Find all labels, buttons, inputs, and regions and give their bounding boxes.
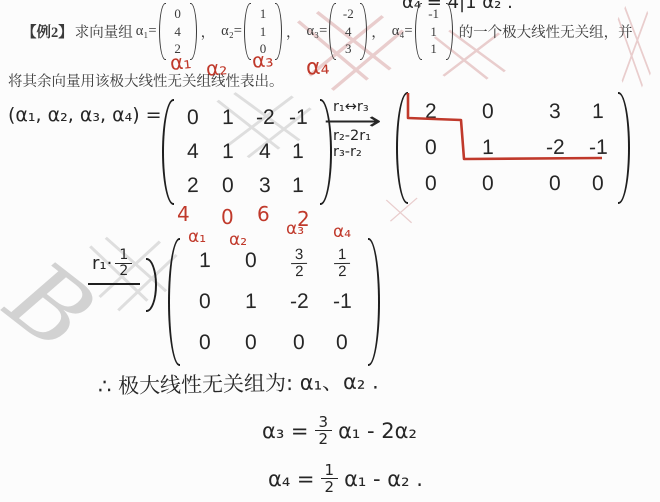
matrix-cell: 0 [293,331,305,355]
matrix-cell: -1 [288,106,307,130]
red-vector-label-2: α₂ [205,55,228,80]
matrix-cell: 1 [482,136,494,160]
matrix-cell: 1 [592,100,604,124]
matrix-cell: 0 [187,106,199,130]
matrix-cell: 3 [549,100,561,124]
matrix-cell: 0 [199,331,211,355]
vector-entry: 1 [425,40,443,58]
row-op-half: r₁· 1 2 [88,246,157,312]
left-paren [329,3,336,60]
vector-entry: 4 [339,23,357,41]
matrix-original: 01-2-141412031 [162,99,332,205]
matrix-row: 01-2-1 [185,282,363,323]
matrix-cell: 32 [290,241,307,281]
comma: ， [286,21,301,42]
red-vector-label-3: α₃ [251,47,274,73]
right-paren [360,3,367,60]
matrix-cell: 4 [187,140,199,164]
matrix-cell: 0 [336,331,348,355]
equation-lhs: α₄ = [268,467,315,491]
problem-intro: 求向量组 [75,21,133,42]
matrix-cell: -2 [255,106,274,130]
matrix-row: 2031 [179,169,315,202]
row-op: r₃-r₂ [333,144,397,160]
matrix-cell: 4 [259,140,271,164]
lecture-notes-page: B 【例2】 求向量组 α₁= 0 4 2 ， α₂= [0,0,660,502]
matrix-cell: 0 [425,172,437,196]
vector-name-2: α₂= [221,23,242,40]
equation-lhs: α₃ = [262,419,309,443]
matrix-reduced: 10321201-2-10000 [168,238,380,366]
right-paren [618,92,630,204]
matrix-cell: 0 [592,172,604,196]
example-tag: 【例2】 [22,21,73,42]
matrix-cell: 1 [292,174,304,198]
matrix-cell: 1 [292,140,304,164]
fraction: 1 2 [115,248,132,279]
matrix-row: 01-2-1 [179,102,315,135]
matrix-cell: -1 [332,290,351,314]
matrix-cell: 1 [245,290,257,314]
comma: ， [201,21,216,42]
equation-rhs: α₁ - 2α₂ [338,419,417,443]
matrix-cell: 3 [259,174,271,198]
red-vector-label-1: α₁ [169,49,193,75]
matrix-row: 0000 [413,166,613,201]
fraction: 3 2 [315,414,333,447]
left-paren [162,99,174,205]
vector-name-4: α₄= [392,23,413,40]
conclusion-line: ∴ 极大线性无关组为: α₁、α₂ . [98,366,379,401]
matrix-row: 2031 [413,95,613,130]
red-column-label-3: α₃ [286,219,304,239]
row-op-half-label: r₁· [92,253,112,274]
comma: ， [371,21,386,42]
left-paren [159,3,166,60]
red-helper-number: 4 [177,202,190,226]
problem-statement-line1: 【例2】 求向量组 α₁= 0 4 2 ， α₂= 1 1 0 ， α₃= [22,3,633,60]
close-paren [146,258,157,312]
vector-name-1: α₁= [136,23,157,40]
row-operations: r₁↔r₃ ⟶ r₂-2r₁ r₃-r₂ [333,99,397,160]
matrix-row: 0000 [185,323,363,364]
equation-alpha3: α₃ = 3 2 α₁ - 2α₂ [262,414,417,447]
red-helper-number: 0 [221,205,234,229]
matrix-echelon: 203101-2-10000 [396,92,630,204]
vector-entry: 1 [254,5,272,23]
matrix-cell: 0 [482,172,494,196]
handwritten-note-top: α₄ = 4|1 α₂ . [402,0,513,13]
matrix-cell: -1 [588,136,607,160]
problem-tail: 的一个极大线性无关组，并 [459,21,633,42]
matrix-cell: 0 [199,290,211,314]
vector-entry: -2 [339,5,357,23]
right-paren [275,3,282,60]
matrix-cell: 0 [245,331,257,355]
right-paren [190,3,197,60]
matrix-cell: 2 [425,100,437,124]
vector-3: -2 4 3 [329,3,367,60]
left-paren [396,92,408,204]
matrix-cell: 0 [245,249,257,273]
matrix-row: 103212 [185,240,363,281]
matrix-cell: 0 [222,174,234,198]
problem-statement-line2: 将其余向量用该极大线性无关组线性表出。 [8,70,284,91]
vector-entry: 1 [254,23,272,41]
equation-rhs: α₁ - α₂ . [344,467,423,491]
matrix-cell: 1 [199,249,211,273]
matrix-row: 4141 [179,136,315,169]
vector-entry: 3 [339,40,357,58]
matrix-cell: -2 [289,290,308,314]
matrix-cell: 0 [482,100,494,124]
left-paren [244,3,251,60]
right-paren [368,238,380,366]
vector-entry: 1 [425,23,443,41]
matrix-cell: 12 [333,241,350,281]
matrix-cell: 0 [549,172,561,196]
red-vector-label-4: α₄ [305,54,330,80]
equation-alpha4: α₄ = 1 2 α₁ - α₂ . [268,462,423,495]
matrix-cell: 2 [187,174,199,198]
vector-name-3: α₃= [306,23,327,40]
matrix-cell: 1 [222,140,234,164]
matrix-row: 01-2-1 [413,131,613,166]
matrix-cell: -2 [545,136,564,160]
matrix-equation-lhs: (α₁, α₂, α₃, α₄) = [8,104,162,126]
fraction: 1 2 [321,462,339,495]
red-helper-number: 6 [257,202,270,226]
matrix-cell: 1 [222,106,234,130]
vector-entry: 0 [169,5,187,23]
vector-entry: 4 [169,23,187,41]
left-paren [168,238,180,366]
matrix-cell: 0 [425,136,437,160]
